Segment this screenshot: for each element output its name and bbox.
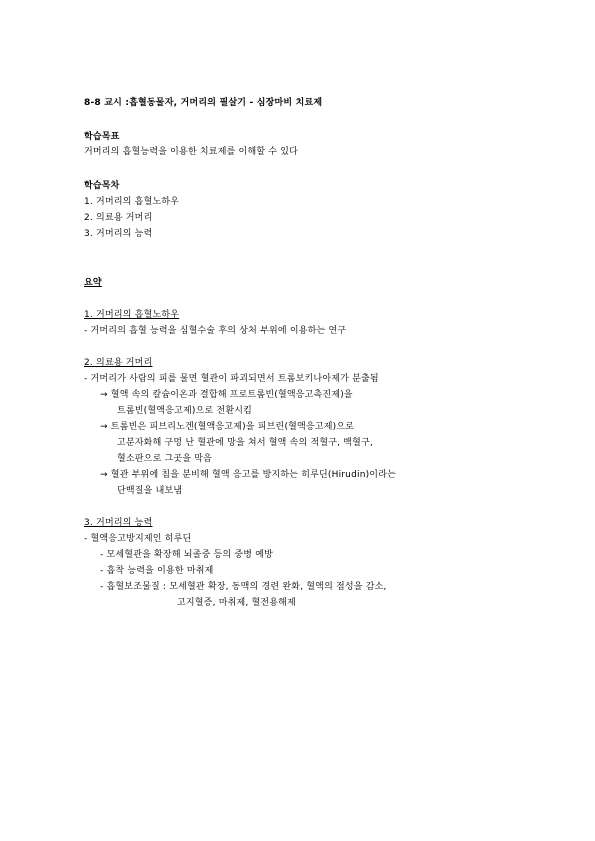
section-line: - 모세혈관을 확장해 뇌졸중 등의 중병 예방 [100,549,273,561]
order-heading: 학습목차 [84,180,120,192]
section-heading: 2. 의료용 거머리 [84,357,152,369]
section-line: → 트롬빈은 피브리노겐(혈액응고제)을 피브린(혈액응고제)으로 [100,421,354,433]
section-line: 트롬빈(혈액응고제)으로 전환시킴 [117,405,252,417]
order-item: 3. 거머리의 능력 [84,228,152,240]
order-item: 2. 의료용 거머리 [84,212,152,224]
section-line: - 거머리의 흡혈 능력을 심혈수술 후의 상처 부위에 이용하는 연구 [84,325,346,337]
section-line: → 혈액 속의 칼슘이온과 결합해 프로트롬빈(혈액응고촉진제)을 [100,389,353,401]
section-line: 단백질을 내보냄 [117,485,182,497]
document-page: 8-8 교시 :흡혈동물자, 거머리의 필살기 - 심장마비 치료제 학습목표 … [0,0,595,841]
section-line: 혈소판으로 그곳을 막음 [117,453,212,465]
section-line: → 혈관 부위에 침을 분비해 혈액 응고를 방지하는 히루딘(Hirudin)… [100,469,396,481]
objective-text: 거머리의 흡혈능력을 이용한 치료제를 이해할 수 있다 [84,146,298,158]
section-line: - 흡착 능력을 이용한 마취제 [100,565,214,577]
section-heading: 1. 거머리의 흡혈노하우 [84,309,179,321]
document-title: 8-8 교시 :흡혈동물자, 거머리의 필살기 - 심장마비 치료제 [84,97,322,109]
summary-heading: 요약 [84,277,102,289]
section-line: - 혈액응고방지제인 히루딘 [84,533,191,545]
order-item: 1. 거머리의 흡혈노하우 [84,196,179,208]
section-line: 고지혈증, 마취제, 혈전용해제 [177,597,296,609]
section-line: - 흡혈보조물질 : 모세혈관 확장, 동맥의 경련 완화, 혈액의 점성을 감… [100,581,387,593]
section-line: - 거머리가 사람의 피를 물면 혈관이 파괴되면서 트롬보키나아제가 분출됨 [84,373,379,385]
section-line: 고분자화해 구멍 난 혈관에 망을 쳐서 혈액 속의 적혈구, 백혈구, [117,437,373,449]
objective-heading: 학습목표 [84,131,120,143]
section-heading: 3. 거머리의 능력 [84,517,152,529]
